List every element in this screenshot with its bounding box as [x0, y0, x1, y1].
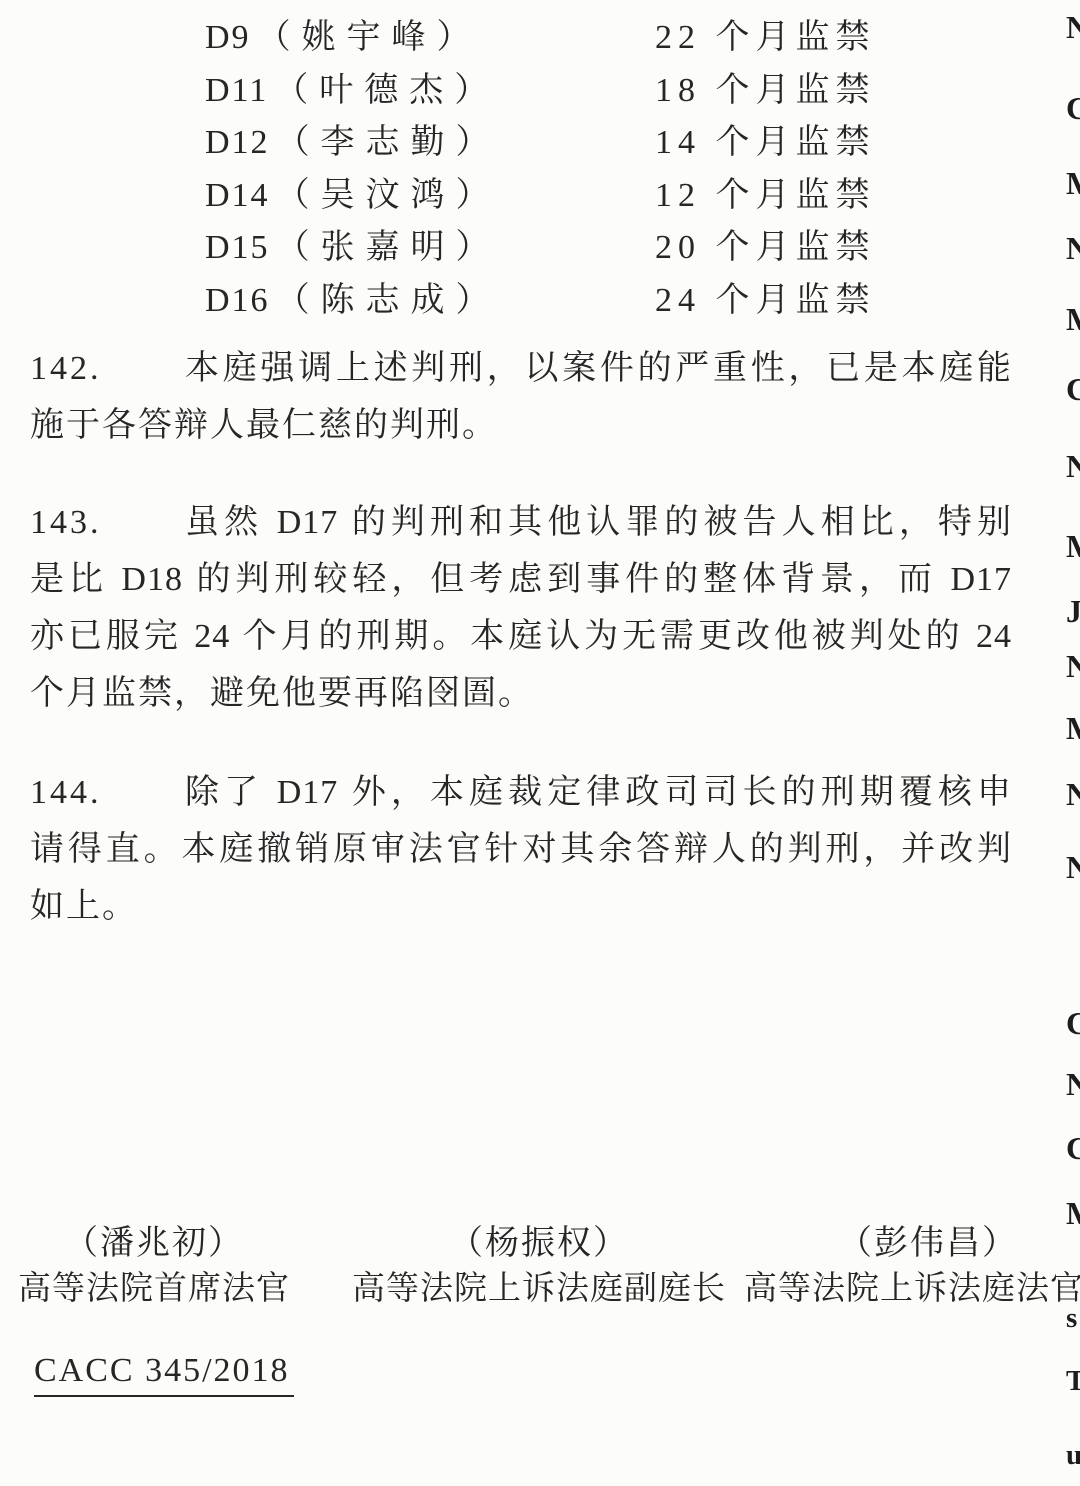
defendant-id: D15 [205, 229, 270, 266]
sentence-value: 14 个月监禁 [655, 117, 876, 170]
defendant-name: （叶德杰） [274, 72, 499, 109]
clipped-letter: N [1066, 8, 1080, 48]
clipped-letter: N [1066, 647, 1080, 687]
clipped-letter: N [1066, 848, 1080, 888]
clipped-letter: M [1066, 709, 1080, 749]
clipped-letter: N [1066, 229, 1080, 269]
clipped-letter: M [1066, 527, 1080, 567]
sentence-value: 22 个月监禁 [655, 12, 876, 65]
clipped-letter: C [1066, 1004, 1080, 1044]
clipped-letter: N [1066, 775, 1080, 815]
paragraph-text: 个月监禁，避免他要再陷囹圄。 [30, 665, 1012, 722]
judge-name: （潘兆初） [18, 1222, 290, 1266]
paragraph-text: 亦已服完 24 个月的刑期。本庭认为无需更改他被判处的 24 [30, 608, 1012, 665]
defendant-name: （李志勤） [276, 124, 501, 161]
table-row: D16（陈志成） 24 个月监禁 [205, 275, 905, 328]
clipped-letter: C [1066, 89, 1080, 129]
defendant-id: D12 [205, 124, 270, 161]
judgment-page: D9（姚宇峰） 22 个月监禁 D11（叶德杰） 18 个月监禁 D12（李志勤… [0, 0, 1080, 1486]
defendant-id: D9 [205, 19, 251, 56]
defendant-id: D14 [205, 177, 270, 214]
judge-title: 高等法院首席法官 [18, 1268, 290, 1310]
clipped-letter: N [1066, 447, 1080, 487]
defendant-name: （张嘉明） [276, 229, 501, 266]
clipped-letter: J [1066, 592, 1080, 632]
paragraph-number: 142. [30, 340, 185, 397]
signature-block-1: （潘兆初） 高等法院首席法官 [18, 1222, 290, 1310]
defendant-name: （姚宇峰） [257, 19, 482, 56]
clipped-letter: M [1066, 300, 1080, 340]
clipped-letter: u [1066, 1436, 1080, 1476]
table-row: D12（李志勤） 14 个月监禁 [205, 117, 905, 170]
sentence-table: D9（姚宇峰） 22 个月监禁 D11（叶德杰） 18 个月监禁 D12（李志勤… [205, 12, 905, 327]
paragraph-first-line: 142. 本庭强调上述判刑，以案件的严重性，已是本庭能 [30, 340, 1012, 397]
clipped-letter: T [1066, 1362, 1080, 1402]
paragraph-144: 144. 除了 D17 外，本庭裁定律政司司长的刑期覆核申 请得直。本庭撤销原审… [30, 764, 1012, 935]
paragraph-text: 本庭强调上述判刑，以案件的严重性，已是本庭能 [185, 340, 1012, 397]
signature-block-3: （彭伟昌） 高等法院上诉法庭法官 [738, 1222, 1080, 1310]
signature-block-2: （杨振权） 高等法院上诉法庭副庭长 [348, 1222, 730, 1310]
paragraph-text: 如上。 [30, 878, 1012, 935]
clipped-letter: C [1066, 1129, 1080, 1169]
paragraph-first-line: 143. 虽然 D17 的判刑和其他认罪的被告人相比，特别 [30, 494, 1012, 551]
clipped-letter: C [1066, 370, 1080, 410]
sentence-value: 20 个月监禁 [655, 222, 876, 275]
paragraph-text: 虽然 D17 的判刑和其他认罪的被告人相比，特别 [185, 494, 1012, 551]
paragraph-number: 144. [30, 764, 185, 821]
table-row: D15（张嘉明） 20 个月监禁 [205, 222, 905, 275]
judge-name: （杨振权） [348, 1222, 730, 1266]
sentence-value: 18 个月监禁 [655, 65, 876, 118]
table-row: D14（吴汶鸿） 12 个月监禁 [205, 170, 905, 223]
paragraph-first-line: 144. 除了 D17 外，本庭裁定律政司司长的刑期覆核申 [30, 764, 1012, 821]
judge-name: （彭伟昌） [738, 1222, 1080, 1266]
paragraph-text: 是比 D18 的判刑较轻，但考虑到事件的整体背景，而 D17 [30, 551, 1012, 608]
judge-title: 高等法院上诉法庭副庭长 [348, 1268, 730, 1310]
defendant-id: D11 [205, 72, 268, 109]
paragraph-142: 142. 本庭强调上述判刑，以案件的严重性，已是本庭能 施于各答辩人最仁慈的判刑… [30, 340, 1012, 454]
paragraph-text: 除了 D17 外，本庭裁定律政司司长的刑期覆核申 [185, 764, 1012, 821]
sentence-value: 24 个月监禁 [655, 275, 876, 328]
paragraph-143: 143. 虽然 D17 的判刑和其他认罪的被告人相比，特别 是比 D18 的判刑… [30, 494, 1012, 722]
case-number: CACC 345/2018 [34, 1352, 294, 1397]
clipped-letter: M [1066, 164, 1080, 204]
paragraph-text: 请得直。本庭撤销原审法官针对其余答辩人的判刑，并改判 [30, 821, 1012, 878]
sentence-value: 12 个月监禁 [655, 170, 876, 223]
judge-title: 高等法院上诉法庭法官 [738, 1268, 1080, 1310]
table-row: D9（姚宇峰） 22 个月监禁 [205, 12, 905, 65]
table-row: D11（叶德杰） 18 个月监禁 [205, 65, 905, 118]
paragraph-number: 143. [30, 494, 185, 551]
defendant-id: D16 [205, 282, 270, 319]
clipped-letter: N [1066, 1065, 1080, 1105]
defendant-name: （陈志成） [276, 282, 501, 319]
defendant-name: （吴汶鸿） [276, 177, 501, 214]
paragraph-text: 施于各答辩人最仁慈的判刑。 [30, 397, 1012, 454]
